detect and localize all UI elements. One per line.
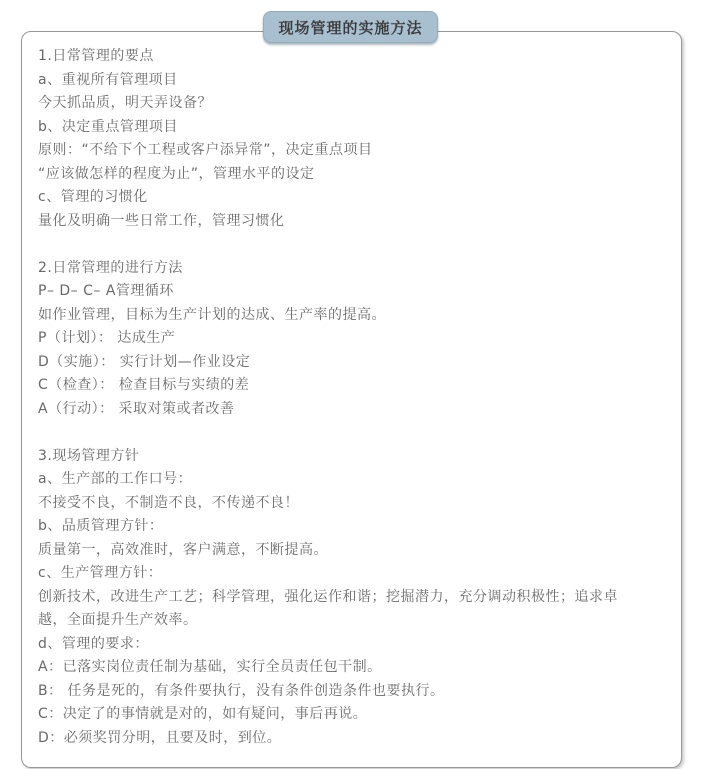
text-line: 越，全面提升生产效率。 [38,609,665,633]
text-line: D（实施）： 实行计划—作业设定 [38,351,665,375]
blank-line [38,233,665,257]
text-line: C（检查）： 检查目标与实绩的差 [38,374,665,398]
document-page: 1.日常管理的要点 a、重视所有管理项目 今天抓品质，明天弄设备？ b、决定重点… [0,0,709,769]
text-line: C：决定了的事情就是对的，如有疑问，事后再说。 [38,703,665,727]
text-line: 创新技术，改进生产工艺；科学管理，强化运作和谐；挖掘潜力，充分调动积极性；追求卓 [38,586,665,610]
text-line: c、生产管理方针： [38,562,665,586]
text-line: A：已落实岗位责任制为基础，实行全员责任包干制。 [38,656,665,680]
text-line: D：必须奖罚分明，且要及时，到位。 [38,727,665,751]
text-line: B： 任务是死的，有条件要执行，没有条件创造条件也要执行。 [38,680,665,704]
text-line: d、管理的要求： [38,633,665,657]
blank-line [38,421,665,445]
text-line: b、品质管理方针： [38,515,665,539]
text-line: 量化及明确一些日常工作，管理习惯化 [38,210,665,234]
text-line: 如作业管理，目标为生产计划的达成、生产率的提高。 [38,304,665,328]
text-content: 1.日常管理的要点 a、重视所有管理项目 今天抓品质，明天弄设备？ b、决定重点… [22,32,681,750]
text-line: 2.日常管理的进行方法 [38,257,665,281]
text-line: 质量第一，高效准时，客户满意，不断提高。 [38,539,665,563]
text-line: P– D– C– A管理循环 [38,280,665,304]
page-title: 现场管理的实施方法 [278,17,422,38]
text-line: a、重视所有管理项目 [38,69,665,93]
text-line: 3.现场管理方针 [38,445,665,469]
text-line: “应该做怎样的程度为止”，管理水平的设定 [38,163,665,187]
text-line: 不接受不良，不制造不良，不传递不良！ [38,492,665,516]
text-line: b、决定重点管理项目 [38,116,665,140]
title-badge: 现场管理的实施方法 [263,11,438,43]
text-line: a、生产部的工作口号： [38,468,665,492]
text-line: 今天抓品质，明天弄设备？ [38,92,665,116]
text-line: P（计划）： 达成生产 [38,327,665,351]
text-line: c、管理的习惯化 [38,186,665,210]
text-line: 原则：“不给下个工程或客户添异常”，决定重点项目 [38,139,665,163]
content-panel: 1.日常管理的要点 a、重视所有管理项目 今天抓品质，明天弄设备？ b、决定重点… [21,31,682,768]
text-line: 1.日常管理的要点 [38,45,665,69]
text-line: A（行动）： 采取对策或者改善 [38,398,665,422]
